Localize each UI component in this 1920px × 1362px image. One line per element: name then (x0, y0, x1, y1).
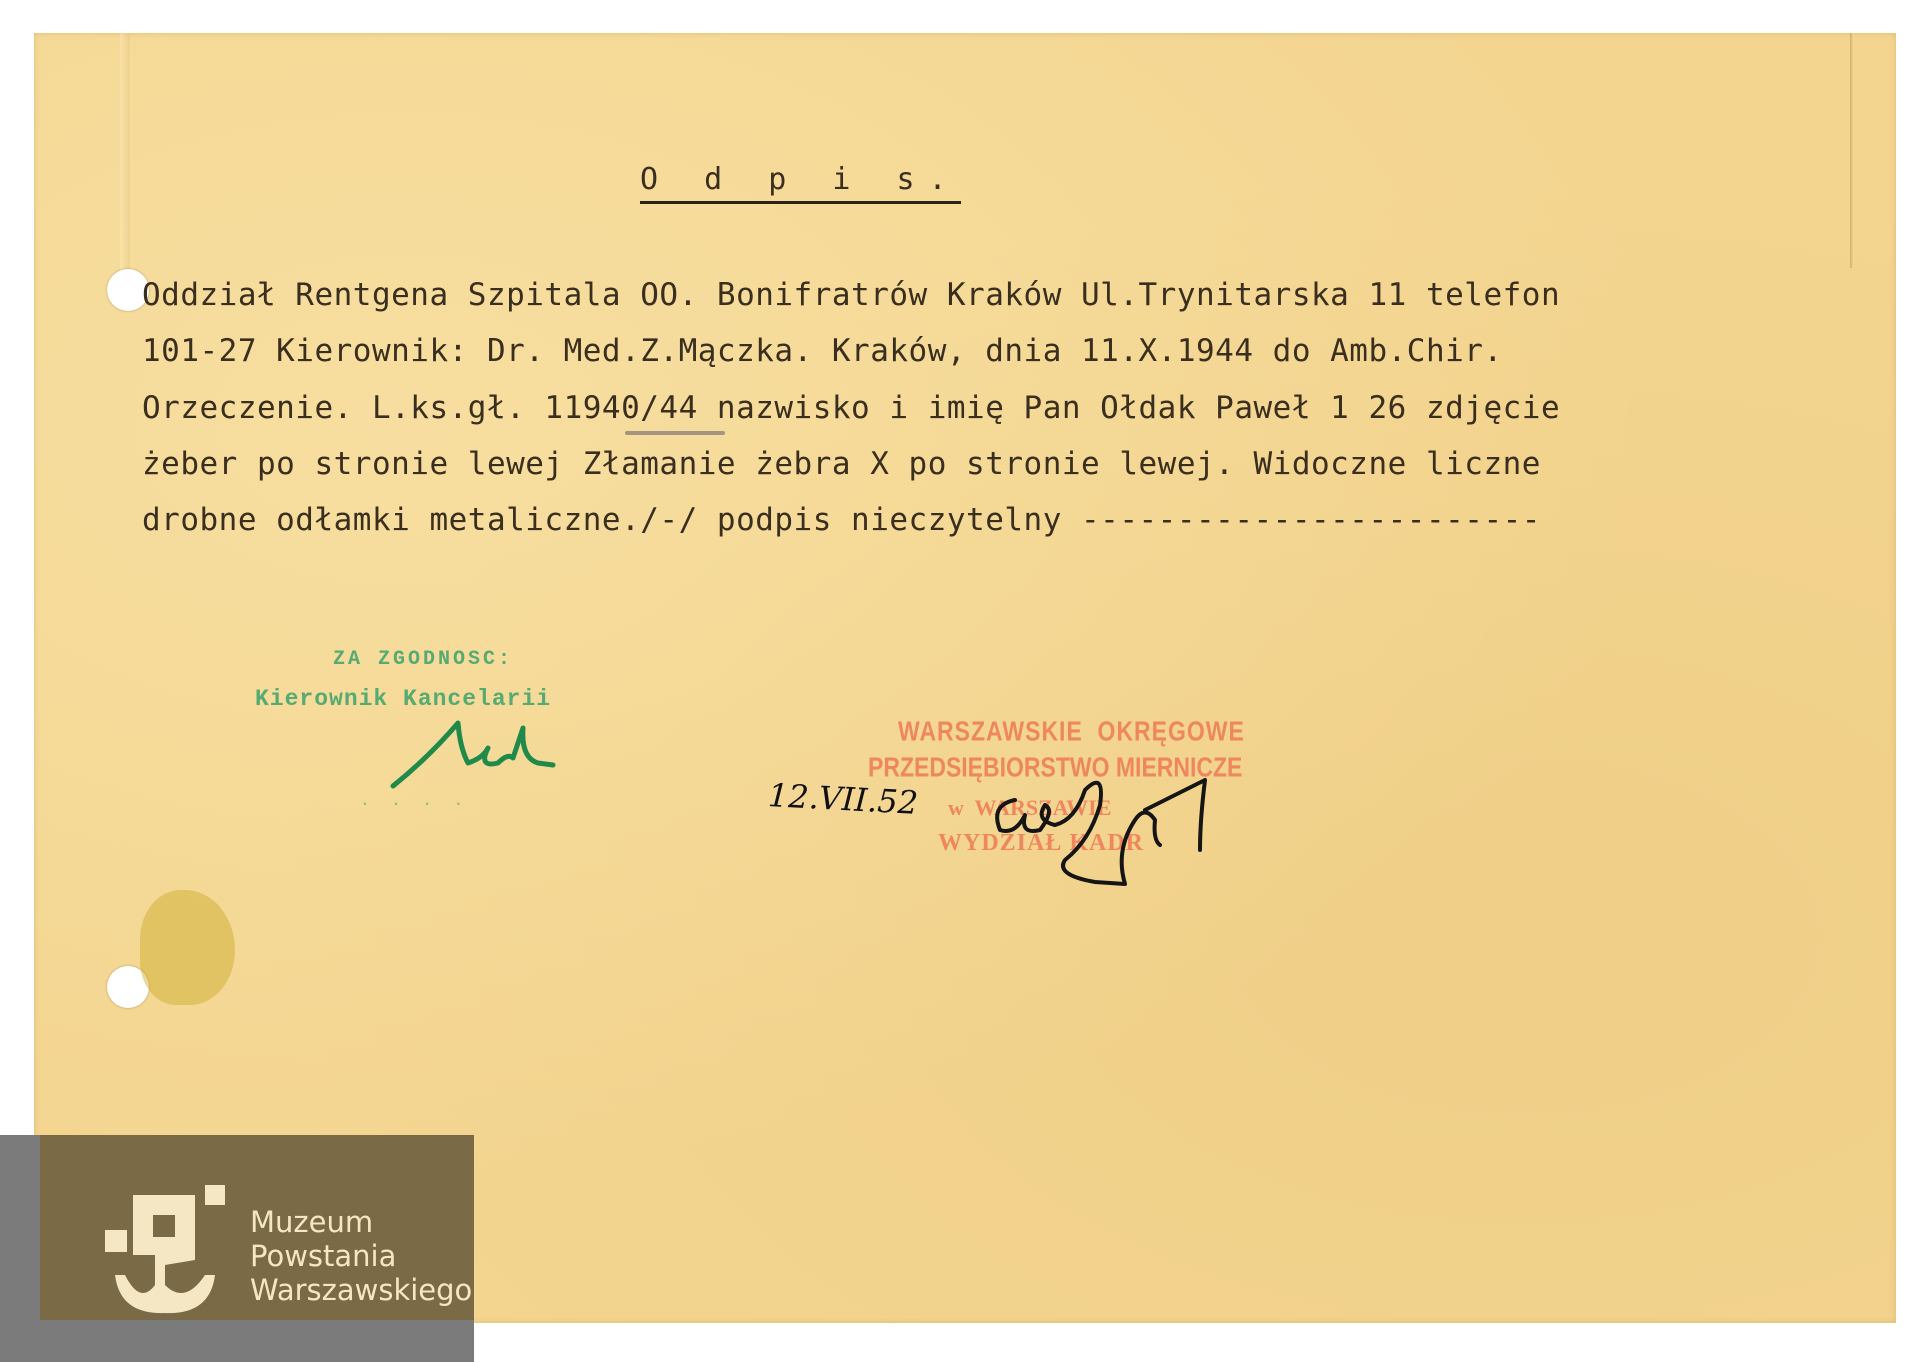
red-stamp-line-1: WARSZAWSKIE OKRĘGOWE (898, 715, 1245, 747)
document-title: O d p i s. (640, 162, 961, 204)
museum-logo-banner: Muzeum Powstania Warszawskiego (0, 1135, 474, 1362)
green-signature-icon (388, 718, 558, 793)
green-stamp-line-1: ZA ZGODNOSC: (333, 648, 513, 671)
green-stamp-line-3: · · · · (360, 795, 469, 813)
typed-line-4: żeber po stronie lewej Złamanie żebra X … (142, 446, 1541, 482)
museum-name: Muzeum Powstania Warszawskiego (250, 1205, 472, 1307)
pencil-underline (625, 431, 725, 435)
logo-line-3: Warszawskiego (250, 1273, 472, 1307)
typed-line-5: drobne odłamki metaliczne./-/ podpis nie… (142, 502, 1541, 538)
paper-fold (1850, 33, 1854, 268)
black-signature-icon (985, 760, 1225, 890)
paper-crease (120, 33, 130, 273)
typed-line-2: 101-27 Kierownik: Dr. Med.Z.Mączka. Krak… (142, 333, 1503, 369)
logo-background: Muzeum Powstania Warszawskiego (40, 1135, 474, 1320)
green-stamp-line-2: Kierownik Kancelarii (255, 686, 551, 712)
typed-line-3: Orzeczenie. L.ks.gł. 11940/44 nazwisko i… (142, 390, 1560, 426)
paper-stain (140, 890, 235, 1005)
handwritten-date: 12.VII.52 (767, 776, 919, 822)
document-paper (34, 33, 1896, 1323)
logo-line-1: Muzeum (250, 1205, 472, 1239)
kotwica-anchor-icon (105, 1185, 235, 1315)
logo-line-2: Powstania (250, 1239, 472, 1273)
typed-line-1: Oddział Rentgena Szpitala OO. Bonifratró… (142, 277, 1560, 313)
